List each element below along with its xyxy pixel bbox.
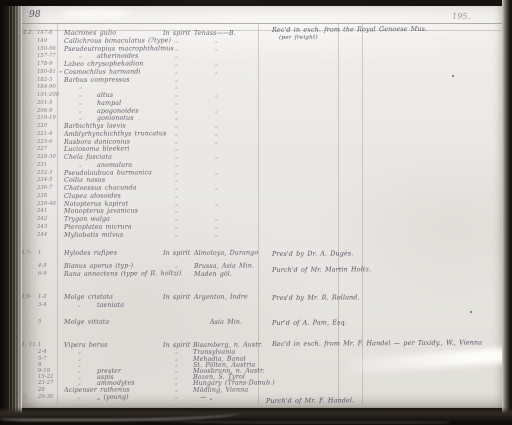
ditto-mark: „: [175, 85, 178, 91]
ditto-mark: „: [79, 54, 82, 60]
acquisition-note: Purch'd of Mr. Martin Holtz.: [272, 266, 371, 273]
ditto-mark: „: [78, 395, 81, 401]
ditto-mark: „: [215, 124, 218, 130]
species-name: Cosmochilus harmandi: [64, 69, 141, 76]
species-name: Barbus compressus: [64, 77, 130, 84]
ditto-mark: „: [215, 186, 218, 192]
acquisition-note-sub: (per freight): [279, 36, 318, 42]
register-number: 1-2: [38, 295, 47, 300]
register-number: 182-3: [37, 77, 53, 82]
register-number: 191-200: [37, 93, 59, 98]
species-name: Rana annectens (type of R. holtzi): [64, 271, 182, 278]
ditto-mark: „: [215, 171, 218, 177]
medium-label: In spirit: [163, 295, 191, 301]
species-name: Macrones gulio: [64, 31, 116, 38]
ditto-mark: „: [175, 70, 178, 76]
page-edge-right: [502, 0, 512, 425]
dust-speck: [452, 75, 454, 77]
ditto-mark: „: [175, 233, 178, 239]
ditto-mark: „: [215, 225, 218, 231]
ditto-mark: „: [215, 109, 218, 115]
register-number: 149: [37, 39, 47, 44]
species-name: Molge cristata: [64, 295, 113, 302]
register-number: 236-7: [37, 186, 53, 191]
species-name: Hylodes rufipes: [64, 251, 117, 258]
register-number: 2-4: [38, 350, 47, 355]
ditto-mark: „: [215, 140, 218, 146]
scanned-register-photo: 98 195. Rec'd in exch. from the Royal Ge…: [0, 0, 512, 425]
species-name: hampal: [97, 101, 121, 107]
locality: Argenton, Indre: [194, 295, 248, 302]
ditto-mark: „: [79, 93, 82, 99]
register-number: 147-8: [37, 31, 53, 36]
ditto-mark: „: [175, 264, 178, 270]
ditto-mark: „: [215, 155, 218, 161]
species-name: Molge vittata: [64, 320, 109, 327]
ditto-mark: „: [215, 39, 218, 45]
ditto-mark: „: [175, 147, 178, 153]
scan-glare: [60, 9, 130, 18]
ditto-mark: „: [175, 109, 178, 115]
scan-edge-top: [0, 0, 512, 6]
ditto-mark: „: [175, 101, 178, 107]
register-number: 225-6: [37, 140, 53, 145]
species-name: anomalura: [97, 163, 132, 170]
ditto-mark: „: [79, 101, 82, 107]
acquisition-note: Rec'd in exch. from the Royal Genoese Mu…: [272, 26, 427, 33]
ditto-mark: „: [175, 124, 178, 130]
ditto-mark: „: [215, 70, 218, 76]
species-name: Monopterus javanicus: [64, 209, 138, 216]
ditto-mark: „: [175, 381, 178, 387]
register-number: 242: [37, 217, 47, 222]
register-number: 29-30: [38, 395, 54, 400]
register-number: 1: [38, 343, 41, 348]
species-name: Vipera berus: [64, 343, 108, 350]
register-number: 228-30: [37, 155, 56, 160]
ditto-mark: „: [175, 178, 178, 184]
margin-date: 4. 11.: [21, 343, 38, 348]
ditto-mark: „: [175, 350, 178, 356]
register-number: 178-9: [37, 62, 53, 67]
ink-dot: •: [59, 71, 62, 77]
register-number: 184-90: [37, 85, 56, 90]
register-number: 1: [38, 251, 41, 256]
ditto-mark: „: [175, 155, 178, 161]
register-number: 244: [37, 233, 47, 238]
ditto-mark: „: [175, 93, 178, 99]
ditto-mark: „: [175, 186, 178, 192]
register-number: 241: [37, 209, 47, 214]
register-number: 4-5: [38, 264, 47, 269]
register-number: 150-56: [37, 46, 56, 51]
species-name: Pseudeutropius macrophthalmus: [64, 46, 174, 53]
register-number: 243: [37, 225, 47, 230]
margin-date: 4.9-: [21, 295, 32, 300]
ditto-mark: „: [78, 381, 81, 387]
species-name: Pteroplatea micrura: [64, 225, 132, 232]
register-number: 239-40: [37, 202, 56, 207]
species-name: altus: [97, 93, 113, 99]
species-name: Trygon walga: [64, 217, 110, 224]
species-name: Blanus aporus (typ-): [64, 264, 133, 271]
ditto-mark: „: [79, 85, 82, 91]
column-collector: B.: [229, 31, 236, 37]
right-page-number: 195.: [452, 13, 470, 21]
ditto-mark: „: [215, 46, 218, 52]
book-binding: [0, 0, 22, 425]
margin-date: 4.2.: [23, 31, 33, 36]
underlying-page-edge-2: [150, 414, 450, 423]
register-number: 210-19: [37, 116, 56, 121]
acquisition-note: Purch'd of Mr. F. Handel.: [266, 397, 354, 404]
column-locality: Tenass——: [194, 31, 229, 38]
ditto-mark: „: [215, 217, 218, 223]
ditto-mark: „: [175, 46, 178, 52]
register-number: 231: [37, 163, 47, 168]
ditto-mark: „: [175, 225, 178, 231]
register-number: 23-27: [38, 381, 54, 386]
acquisition-note: Pur'd of A. Pam, Esq.: [272, 319, 347, 326]
left-page-number: 98: [29, 11, 41, 20]
register-number: 3-4: [38, 303, 47, 308]
ditto-mark: „: [175, 132, 178, 138]
medium-label: In spirit: [163, 251, 191, 257]
ditto-mark: „: [79, 163, 82, 169]
register-number: 232-3: [37, 171, 53, 176]
register-number: 6-9: [38, 272, 47, 277]
ditto-mark: „: [215, 132, 218, 138]
register-number: 221-4: [37, 132, 53, 137]
species-name: Luciosoma bleekeri: [64, 147, 130, 154]
ditto-mark: „: [215, 233, 218, 239]
species-name: Chela fasciata: [64, 155, 112, 162]
ditto-mark: „: [175, 140, 178, 146]
ditto-mark: „: [175, 163, 178, 169]
species-name: Barbichthys laevis: [64, 124, 126, 131]
ditto-mark: „: [215, 93, 218, 99]
species-name: Clupea alosoides: [64, 194, 121, 201]
register-number: 234-5: [37, 178, 53, 183]
ditto-mark: „: [215, 62, 218, 68]
species-name: „ (young): [97, 395, 129, 402]
acquisition-note: Pres'd by Dr. A. Dugès.: [272, 250, 353, 257]
ditto-mark: „: [175, 388, 178, 394]
ditto-mark: „: [175, 395, 178, 401]
register-number: 238: [37, 194, 47, 199]
species-name: taeniata: [97, 303, 124, 309]
ditto-mark: „: [78, 303, 81, 309]
ditto-mark: „: [175, 171, 178, 177]
register-number: 220: [37, 124, 47, 129]
species-name: Labeo chrysophekadion: [64, 61, 143, 68]
ditto-mark: „: [175, 54, 178, 60]
locality: Brussa, Asia Min.: [194, 264, 254, 271]
header-rule-line: [20, 23, 503, 24]
ditto-mark: „: [175, 272, 178, 278]
species-name: Callichrous bimaculatus (?type): [64, 38, 171, 45]
acquisition-note: Pres'd by Mr. R. Rolland.: [272, 294, 360, 301]
ditto-mark: „: [175, 194, 178, 200]
acquisition-note: Rec'd in exch. from Mr. F. Handel — per …: [272, 340, 482, 348]
locality: Almoloya, Durango: [194, 251, 258, 258]
ditto-mark: „: [175, 39, 178, 45]
locality: — „: [200, 395, 213, 401]
register-number: 180-81: [37, 70, 56, 75]
register-number: 5: [38, 320, 41, 325]
ditto-mark: „: [175, 62, 178, 68]
locality: Asia Min.: [210, 320, 242, 327]
ditto-mark: „: [175, 217, 178, 223]
species-name: Coilia nasus: [64, 178, 105, 185]
register-number: 201-5: [37, 101, 53, 106]
ditto-mark: „: [79, 116, 82, 122]
ditto-mark: „: [175, 78, 178, 84]
register-number: 157-77: [37, 54, 56, 59]
ditto-mark: „: [175, 116, 178, 122]
column-rule-numbers: [57, 23, 58, 404]
species-name: Amblyrhynchichthys truncatus: [64, 131, 167, 138]
margin-date: 4.7-: [21, 251, 32, 256]
register-number: 206-9: [37, 108, 53, 113]
locality: Maden göl.: [194, 272, 232, 279]
ditto-mark: „: [79, 109, 82, 115]
dust-speck: [470, 311, 472, 313]
ditto-mark: „: [78, 350, 81, 356]
ditto-mark: „: [175, 202, 178, 208]
register-number: 28: [38, 388, 45, 393]
register-number: 227: [37, 147, 47, 152]
ditto-mark: „: [215, 202, 218, 208]
species-name: Myliobatis milvus: [64, 232, 123, 239]
ditto-mark: „: [175, 209, 178, 215]
species-name: Chatoessus chacunda: [64, 186, 137, 193]
